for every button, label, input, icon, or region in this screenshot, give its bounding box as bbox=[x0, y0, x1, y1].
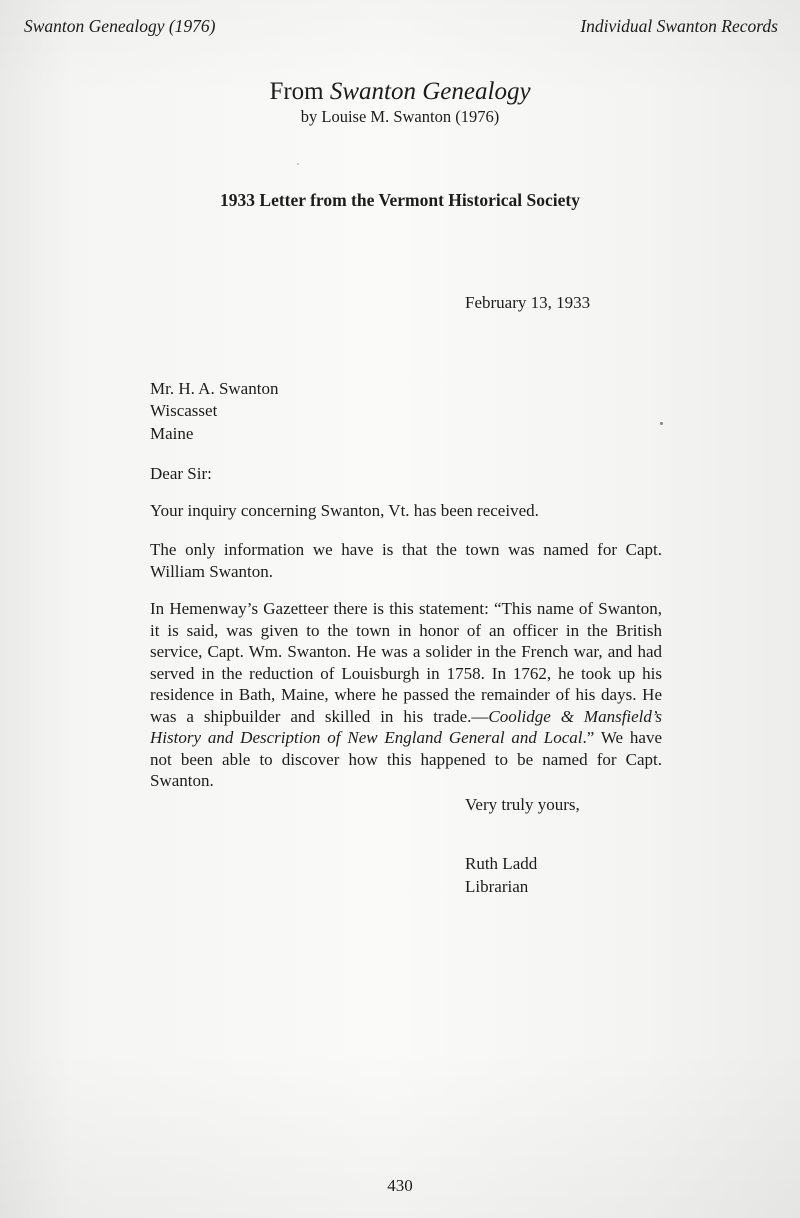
scan-speck bbox=[297, 163, 299, 165]
signature-block: Ruth Ladd Librarian bbox=[465, 852, 662, 898]
address-line-state: Maine bbox=[150, 423, 662, 446]
page-number: 430 bbox=[0, 1176, 800, 1196]
running-header-right: Individual Swanton Records bbox=[580, 16, 778, 37]
letter-paragraph-2: The only information we have is that the… bbox=[150, 539, 662, 582]
scanned-book-page: Swanton Genealogy (1976) Individual Swan… bbox=[0, 0, 800, 1218]
letter-paragraph-3: In Hemenway’s Gazetteer there is this st… bbox=[150, 598, 662, 792]
scan-speck bbox=[660, 422, 663, 425]
closing-line: Very truly yours, bbox=[465, 794, 662, 816]
address-line-name: Mr. H. A. Swanton bbox=[150, 378, 662, 401]
signature-title: Librarian bbox=[465, 875, 662, 898]
letter-date: February 13, 1933 bbox=[465, 292, 662, 314]
document-byline: by Louise M. Swanton (1976) bbox=[0, 106, 800, 127]
salutation: Dear Sir: bbox=[150, 463, 662, 485]
document-title: From Swanton Genealogy bbox=[0, 77, 800, 106]
address-line-town: Wiscasset bbox=[150, 400, 662, 423]
running-header-left: Swanton Genealogy (1976) bbox=[24, 16, 216, 37]
letter-body: February 13, 1933 Mr. H. A. Swanton Wisc… bbox=[150, 292, 662, 898]
running-header: Swanton Genealogy (1976) Individual Swan… bbox=[0, 0, 800, 37]
document-title-prefix: From bbox=[269, 78, 329, 105]
recipient-address: Mr. H. A. Swanton Wiscasset Maine bbox=[150, 378, 662, 446]
signature-name: Ruth Ladd bbox=[465, 852, 662, 875]
letter-paragraph-1: Your inquiry concerning Swanton, Vt. has… bbox=[150, 500, 662, 522]
document-title-book-name: Swanton Genealogy bbox=[330, 78, 531, 105]
section-heading: 1933 Letter from the Vermont Historical … bbox=[0, 189, 800, 211]
